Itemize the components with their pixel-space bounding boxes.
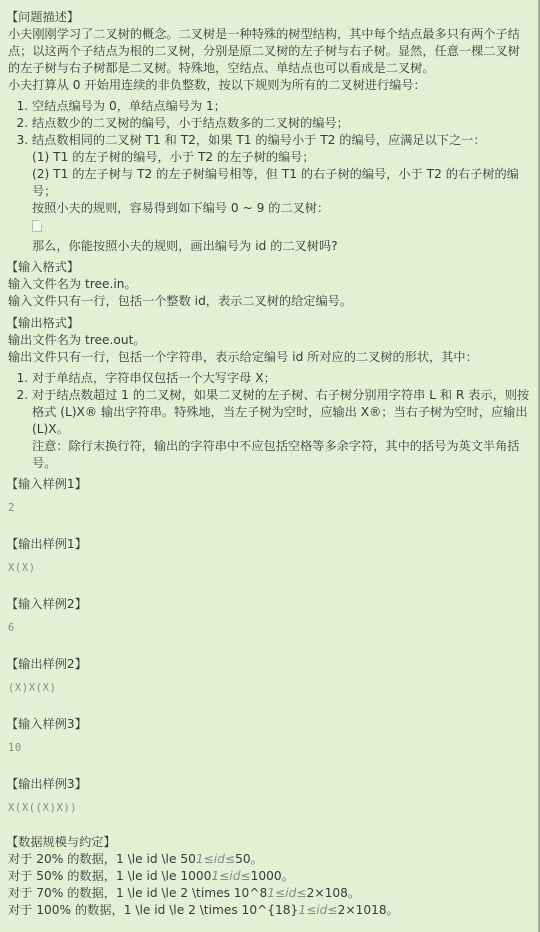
output-note: 注意：除行末换行符，输出的字符串中不应包括空格等多余字符，其中的括号为英文半角括… (32, 438, 530, 472)
input-format-title: 【输入格式】 (6, 259, 530, 276)
input-format-line: 输入文件只有一行，包括一个整数 id，表示二叉树的给定编号。 (8, 293, 530, 310)
sample-input-code: 2 (8, 501, 530, 515)
sample-input-code: 10 (8, 741, 530, 755)
sample-output-code: (X)X(X) (8, 681, 530, 695)
sample-output-code: X(X) (8, 561, 530, 575)
rule-text: 结点数少的二叉树的编号，小于结点数多的二叉树的编号； (32, 116, 349, 130)
sample-output-title: 【输出样例2】 (6, 656, 530, 673)
output-rule-1: 对于单结点，字符串仅包括一个大写字母 X； (32, 370, 530, 387)
constraint-text: 对于 20% 的数据，1 \le id \le 50 (8, 852, 196, 866)
input-format-section: 【输入格式】 输入文件名为 tree.in。 输入文件只有一行，包括一个整数 i… (8, 259, 530, 310)
constraint-math: 1≤id≤ (211, 869, 250, 883)
sample-input-title: 【输入样例3】 (6, 716, 530, 733)
constraint-bound: 50。 (235, 852, 263, 866)
output-rule-2: 对于结点数超过 1 的二叉树，如果二叉树的左子树、右子树分别用字符串 L 和 R… (32, 387, 530, 472)
problem-statement: 【问题描述】 小夫刚刚学习了二叉树的概念。二叉树是一种特殊的树型结构，其中每个结… (8, 9, 530, 919)
rule-text: 对于结点数超过 1 的二叉树，如果二叉树的左子树、右子树分别用字符串 L 和 R… (32, 388, 529, 436)
output-rules-list: 对于单结点，字符串仅包括一个大写字母 X； 对于结点数超过 1 的二叉树，如果二… (8, 370, 530, 472)
rule-item-3: 结点数相同的二叉树 T1 和 T2，如果 T1 的编号小于 T2 的编号，应满足… (32, 132, 530, 255)
sample-input-code: 6 (8, 621, 530, 635)
constraint-line: 对于 20% 的数据，1 \le id \le 501≤id≤50。 (8, 851, 530, 868)
sample-1: 【输入样例1】 2 【输出样例1】 X(X) (8, 476, 530, 594)
sample-input-title: 【输入样例1】 (6, 476, 530, 493)
broken-image-icon (32, 220, 42, 232)
output-format-line: 输出文件只有一行，包括一个字符串，表示给定编号 id 所对应的二叉树的形状，其中… (8, 349, 530, 366)
rule-3-sub-1: (1) T1 的左子树的编号，小于 T2 的左子树的编号； (32, 149, 530, 166)
sample-2: 【输入样例2】 6 【输出样例2】 (X)X(X) (8, 596, 530, 714)
constraint-line: 对于 70% 的数据，1 \le id \le 2 \times 10^81≤i… (8, 885, 530, 902)
input-format-line: 输入文件名为 tree.in。 (8, 276, 530, 293)
constraint-text: 对于 70% 的数据，1 \le id \le 2 \times 10^8 (8, 886, 267, 900)
rule-item-1: 空结点编号为 0，单结点编号为 1； (32, 98, 530, 115)
constraint-line: 对于 50% 的数据，1 \le id \le 10001≤id≤1000。 (8, 868, 530, 885)
output-format-line: 输出文件名为 tree.out。 (8, 332, 530, 349)
numbering-intro: 小夫打算从 0 开始用连续的非负整数，按以下规则为所有的二叉树进行编号： (8, 77, 530, 94)
constraint-text: 对于 100% 的数据，1 \le id \le 2 \times 10^{18… (8, 903, 298, 917)
constraint-text: 对于 50% 的数据，1 \le id \le 1000 (8, 869, 211, 883)
sample-3: 【输入样例3】 10 【输出样例3】 X(X((X)X)) (8, 716, 530, 834)
constraint-math: 1≤id≤ (267, 886, 306, 900)
rule-3-sub-2: (2) T1 的左子树与 T2 的左子树编号相等，但 T1 的右子树的编号，小于… (32, 166, 530, 200)
sample-output-title: 【输出样例3】 (6, 776, 530, 793)
constraint-math: 1≤id≤ (196, 852, 235, 866)
description-section: 【问题描述】 小夫刚刚学习了二叉树的概念。二叉树是一种特殊的树型结构，其中每个结… (8, 9, 530, 255)
constraint-bound: 2×1018。 (338, 903, 399, 917)
output-format-title: 【输出格式】 (6, 315, 530, 332)
constraint-bound: 1000。 (251, 869, 294, 883)
constraint-bound: 2×108。 (307, 886, 360, 900)
rule-text: 结点数相同的二叉树 T1 和 T2，如果 T1 的编号小于 T2 的编号，应满足… (32, 133, 486, 147)
output-format-section: 【输出格式】 输出文件名为 tree.out。 输出文件只有一行，包括一个字符串… (8, 315, 530, 472)
sample-input-title: 【输入样例2】 (6, 596, 530, 613)
question-text: 那么，你能按照小夫的规则，画出编号为 id 的二叉树吗? (32, 238, 530, 255)
numbering-rules-list: 空结点编号为 0，单结点编号为 1； 结点数少的二叉树的编号，小于结点数多的二叉… (8, 98, 530, 255)
constraint-line: 对于 100% 的数据，1 \le id \le 2 \times 10^{18… (8, 902, 530, 919)
description-title: 【问题描述】 (6, 9, 530, 26)
rule-text: 空结点编号为 0，单结点编号为 1； (32, 99, 226, 113)
sample-output-code: X(X((X)X)) (8, 801, 530, 815)
sample-output-title: 【输出样例1】 (6, 536, 530, 553)
constraints-title: 【数据规模与约定】 (6, 834, 530, 851)
description-paragraph: 小夫刚刚学习了二叉树的概念。二叉树是一种特殊的树型结构，其中每个结点最多只有两个… (8, 26, 530, 77)
rule-3-note: 按照小夫的规则，容易得到如下编号 0 ~ 9 的二叉树： (32, 200, 530, 217)
constraint-math: 1≤id≤ (298, 903, 337, 917)
rule-text: 对于单结点，字符串仅包括一个大写字母 X； (32, 371, 276, 385)
constraints-section: 【数据规模与约定】 对于 20% 的数据，1 \le id \le 501≤id… (8, 834, 530, 919)
rule-item-2: 结点数少的二叉树的编号，小于结点数多的二叉树的编号； (32, 115, 530, 132)
